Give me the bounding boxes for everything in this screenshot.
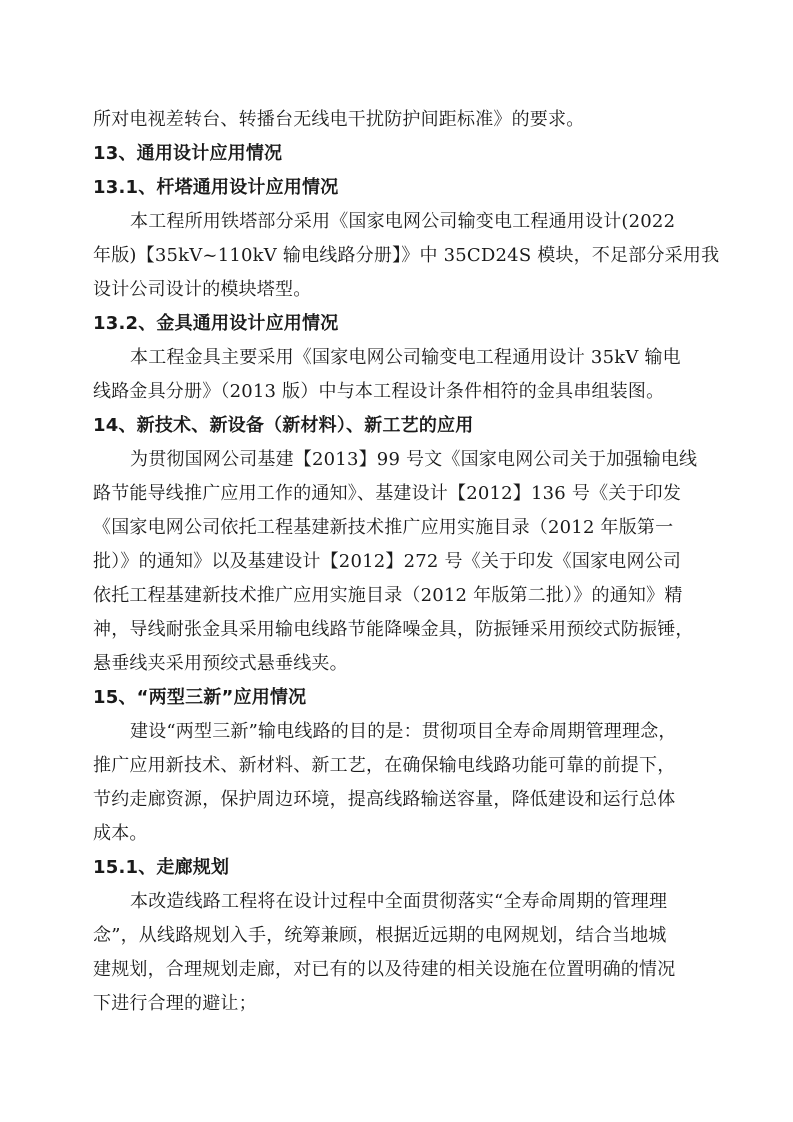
section-heading-14: 14、新技术、新设备（新材料）、新工艺的应用 <box>93 409 703 443</box>
paragraph-line: 悬垂线夹采用预绞式悬垂线夹。 <box>93 647 703 681</box>
paragraph-line: 设计公司设计的模块塔型。 <box>93 273 703 307</box>
paragraph-line: 下进行合理的避让； <box>93 987 703 1021</box>
paragraph-line: 依托工程基建新技术推广应用实施目录（2012 年版第二批）》的通知》精 <box>93 579 703 613</box>
paragraph-line: 神，导线耐张金具采用输电线路节能降噪金具，防振锤采用预绞式防振锤， <box>93 613 703 647</box>
paragraph-line: 所对电视差转台、转播台无线电干扰防护间距标准》的要求。 <box>93 103 703 137</box>
paragraph-corridor-planning: 本改造线路工程将在设计过程中全面贯彻落实“全寿命周期的管理理 念”，从线路规划入… <box>93 885 703 1021</box>
paragraph-line: 成本。 <box>93 817 703 851</box>
paragraph-fittings-design: 本工程金具主要采用《国家电网公司输变电工程通用设计 35kV 输电 线路金具分册… <box>93 341 703 409</box>
paragraph-line: 批）》的通知》以及基建设计【2012】272 号《关于印发《国家电网公司 <box>93 545 703 579</box>
section-heading-13-1: 13.1、杆塔通用设计应用情况 <box>93 171 703 205</box>
section-heading-15: 15、“两型三新”应用情况 <box>93 681 703 715</box>
paragraph-line: 推广应用新技术、新材料、新工艺，在确保输电线路功能可靠的前提下， <box>93 749 703 783</box>
paragraph-tower-design: 本工程所用铁塔部分采用《国家电网公司输变电工程通用设计(2022 年版)【35k… <box>93 205 703 307</box>
paragraph-two-types-three-new: 建设“两型三新”输电线路的目的是：贯彻项目全寿命周期管理理念， 推广应用新技术、… <box>93 715 703 851</box>
paragraph-line: 本工程所用铁塔部分采用《国家电网公司输变电工程通用设计(2022 <box>93 205 703 239</box>
paragraph-line: 建规划，合理规划走廊，对已有的以及待建的相关设施在位置明确的情况 <box>93 953 703 987</box>
section-heading-15-1: 15.1、走廊规划 <box>93 851 703 885</box>
paragraph-line: 《国家电网公司依托工程基建新技术推广应用实施目录（2012 年版第一 <box>93 511 703 545</box>
paragraph-line: 路节能导线推广应用工作的通知》、基建设计【2012】136 号《关于印发 <box>93 477 703 511</box>
section-heading-13: 13、通用设计应用情况 <box>93 137 703 171</box>
paragraph-line: 节约走廊资源，保护周边环境，提高线路输送容量，降低建设和运行总体 <box>93 783 703 817</box>
paragraph-line: 线路金具分册》（2013 版）中与本工程设计条件相符的金具串组装图。 <box>93 375 703 409</box>
section-heading-13-2: 13.2、金具通用设计应用情况 <box>93 307 703 341</box>
paragraph-line: 念”，从线路规划入手，统筹兼顾，根据近远期的电网规划，结合当地城 <box>93 919 703 953</box>
paragraph-line: 为贯彻国网公司基建【2013】99 号文《国家电网公司关于加强输电线 <box>93 443 703 477</box>
document-page: 所对电视差转台、转播台无线电干扰防护间距标准》的要求。 13、通用设计应用情况 … <box>93 103 703 1021</box>
paragraph-line: 年版)【35kV~110kV 输电线路分册】》中 35CD24S 模块，不足部分… <box>93 239 703 273</box>
paragraph-line: 建设“两型三新”输电线路的目的是：贯彻项目全寿命周期管理理念， <box>93 715 703 749</box>
paragraph-new-technology: 为贯彻国网公司基建【2013】99 号文《国家电网公司关于加强输电线 路节能导线… <box>93 443 703 681</box>
paragraph-line: 本工程金具主要采用《国家电网公司输变电工程通用设计 35kV 输电 <box>93 341 703 375</box>
paragraph-line: 本改造线路工程将在设计过程中全面贯彻落实“全寿命周期的管理理 <box>93 885 703 919</box>
